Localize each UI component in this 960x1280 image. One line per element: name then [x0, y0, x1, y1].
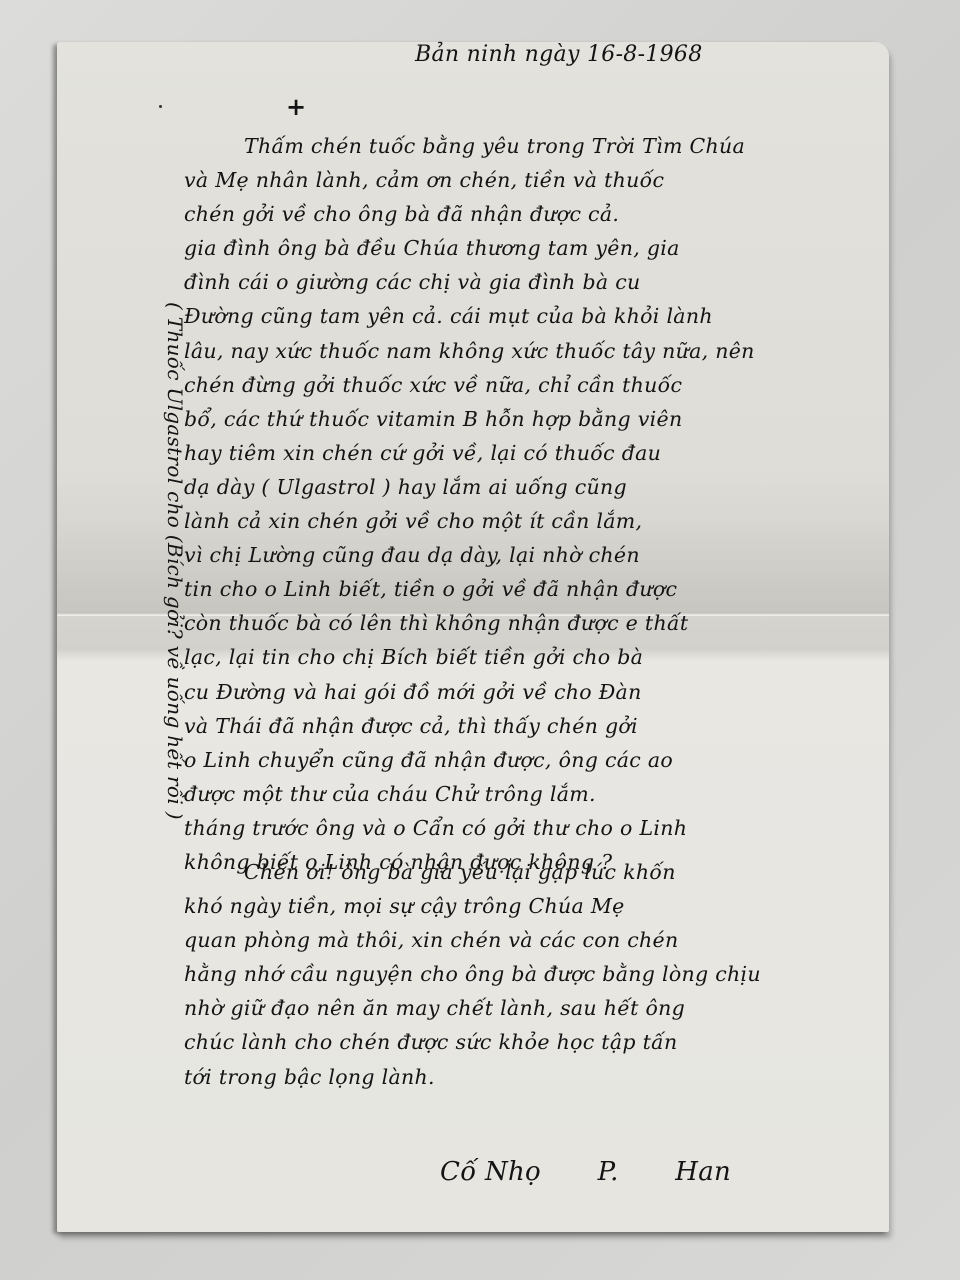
letter-line: bổ, các thứ thuốc vitamin B hỗn hợp bằng…	[184, 402, 884, 436]
letter-paper: Bản ninh ngày 16-8-1968 + ( Thuốc Ulgast…	[57, 42, 889, 1232]
letter-line: được một thư của cháu Chử trông lắm.	[184, 777, 884, 811]
paragraph-1: Thấm chén tuốc bằng yêu trong Trời Tìm C…	[184, 129, 884, 879]
letter-line: tháng trước ông và o Cẩn có gởi thư cho …	[184, 811, 884, 845]
letter-line: cu Đường và hai gói đồ mới gởi về cho Đà…	[184, 675, 884, 709]
cross-icon: +	[286, 92, 306, 121]
letter-line: tới trong bậc lọng lành.	[184, 1060, 884, 1094]
letter-line: chúc lành cho chén được sức khỏe học tập…	[184, 1025, 884, 1059]
place-date-header: Bản ninh ngày 16-8-1968	[415, 42, 703, 67]
letter-line: Thấm chén tuốc bằng yêu trong Trời Tìm C…	[184, 129, 884, 163]
letter-line: o Linh chuyển cũng đã nhận được, ông các…	[184, 743, 884, 777]
letter-line: hằng nhớ cầu nguyện cho ông bà được bằng…	[184, 957, 884, 991]
letter-line: đình cái o giường các chị và gia đình bà…	[184, 265, 884, 299]
letter-line: hay tiêm xin chén cứ gởi về, lại có thuố…	[184, 436, 884, 470]
letter-line: Đường cũng tam yên cả. cái mụt của bà kh…	[184, 299, 884, 333]
letter-line: dạ dày ( Ulgastrol ) hay lắm ai uống cũn…	[184, 470, 884, 504]
letter-line: chén gởi về cho ông bà đã nhận được cả.	[184, 197, 884, 231]
letter-line: quan phòng mà thôi, xin chén và các con …	[184, 923, 884, 957]
letter-line: tin cho o Linh biết, tiền o gởi về đã nh…	[184, 572, 884, 606]
letter-line: và Mẹ nhân lành, cảm ơn chén, tiền và th…	[184, 163, 884, 197]
letter-line: chén đừng gởi thuốc xức về nữa, chỉ cần …	[184, 368, 884, 402]
letter-line: Chén ơi! ông bà già yếu lại gặp lúc khốn	[184, 855, 884, 889]
letter-line: vì chị Lường cũng đau dạ dày, lại nhờ ch…	[184, 538, 884, 572]
paragraph-2: Chén ơi! ông bà già yếu lại gặp lúc khốn…	[184, 855, 884, 1094]
signature: Han	[675, 1157, 731, 1187]
letter-line: gia đình ông bà đều Chúa thương tam yên,…	[184, 231, 884, 265]
letter-line: lâu, nay xức thuốc nam không xức thuốc t…	[184, 334, 884, 368]
letter-line: còn thuốc bà có lên thì không nhận được …	[184, 606, 884, 640]
letter-line: và Thái đã nhận được cả, thì thấy chén g…	[184, 709, 884, 743]
closing-salutation: Cố Nhọ	[440, 1157, 541, 1187]
signature-initial: P.	[598, 1157, 619, 1187]
letter-line: khó ngày tiền, mọi sự cậy trông Chúa Mẹ	[184, 889, 884, 923]
letter-line: nhờ giữ đạo nên ăn may chết lành, sau hế…	[184, 991, 884, 1025]
paper-speck	[159, 105, 162, 108]
letter-line: lạc, lại tin cho chị Bích biết tiền gởi …	[184, 640, 884, 674]
signature-block: Cố Nhọ P. Han	[440, 1157, 779, 1187]
letter-line: lành cả xin chén gởi về cho một ít cần l…	[184, 504, 884, 538]
